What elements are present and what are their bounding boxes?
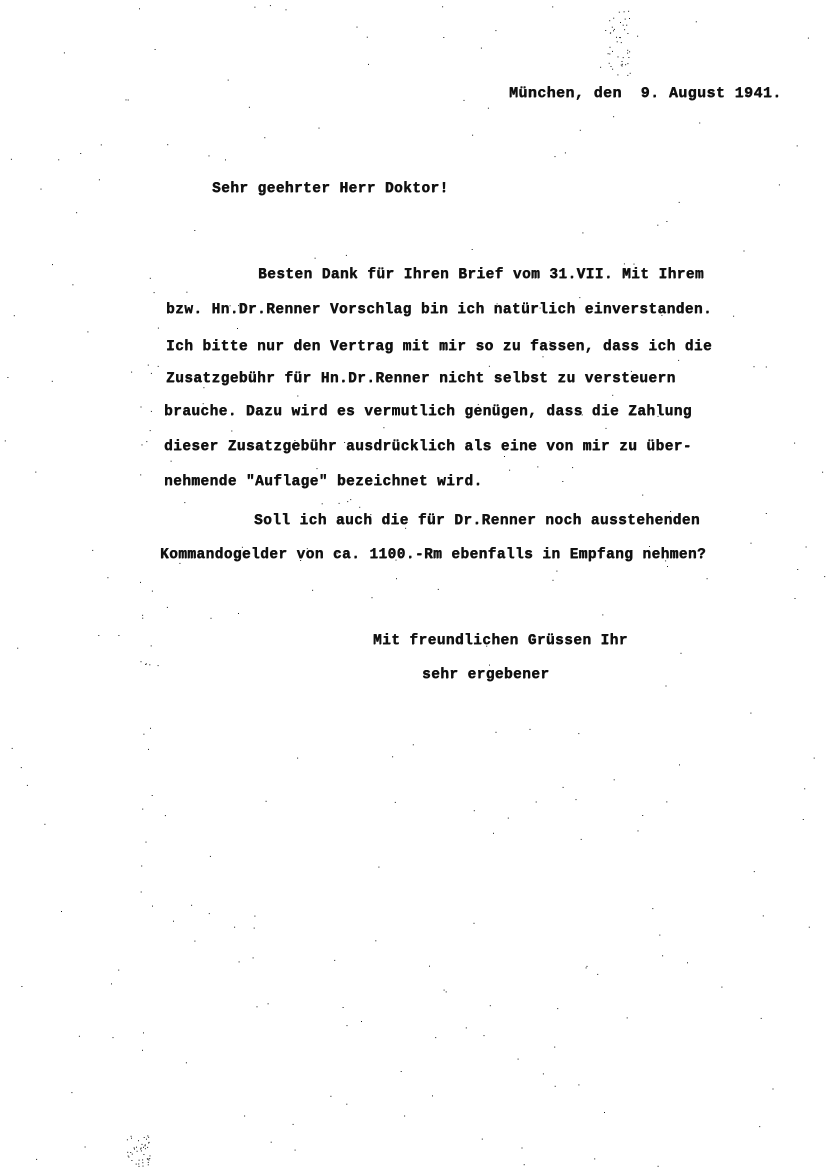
body-line: brauche. Dazu wird es vermutlich genügen… <box>164 405 692 420</box>
closing: Mit freundlichen Grüssen Ihr <box>373 634 628 649</box>
place-date: München, den 9. August 1941. <box>509 86 782 101</box>
body-line: Kommandogelder von ca. 1100.-Rm ebenfall… <box>160 548 706 563</box>
body-line: Ich bitte nur den Vertrag mit mir so zu … <box>166 340 712 355</box>
body-line: nehmende "Auflage" bezeichnet wird. <box>164 475 483 490</box>
body-line: dieser Zusatzgebühr ausdrücklich als ein… <box>164 440 692 455</box>
body-line: Soll ich auch die für Dr.Renner noch aus… <box>254 514 700 529</box>
body-line: Zusatzgebühr für Hn.Dr.Renner nicht selb… <box>166 372 676 387</box>
body-line: Besten Dank für Ihren Brief vom 31.VII. … <box>258 268 704 283</box>
scan-noise <box>0 0 828 1169</box>
letter-page: München, den 9. August 1941. Sehr geehrt… <box>0 0 828 1169</box>
salutation: Sehr geehrter Herr Doktor! <box>212 182 449 197</box>
body-line: bzw. Hn.Dr.Renner Vorschlag bin ich natü… <box>166 303 712 318</box>
closing-2: sehr ergebener <box>422 668 549 683</box>
